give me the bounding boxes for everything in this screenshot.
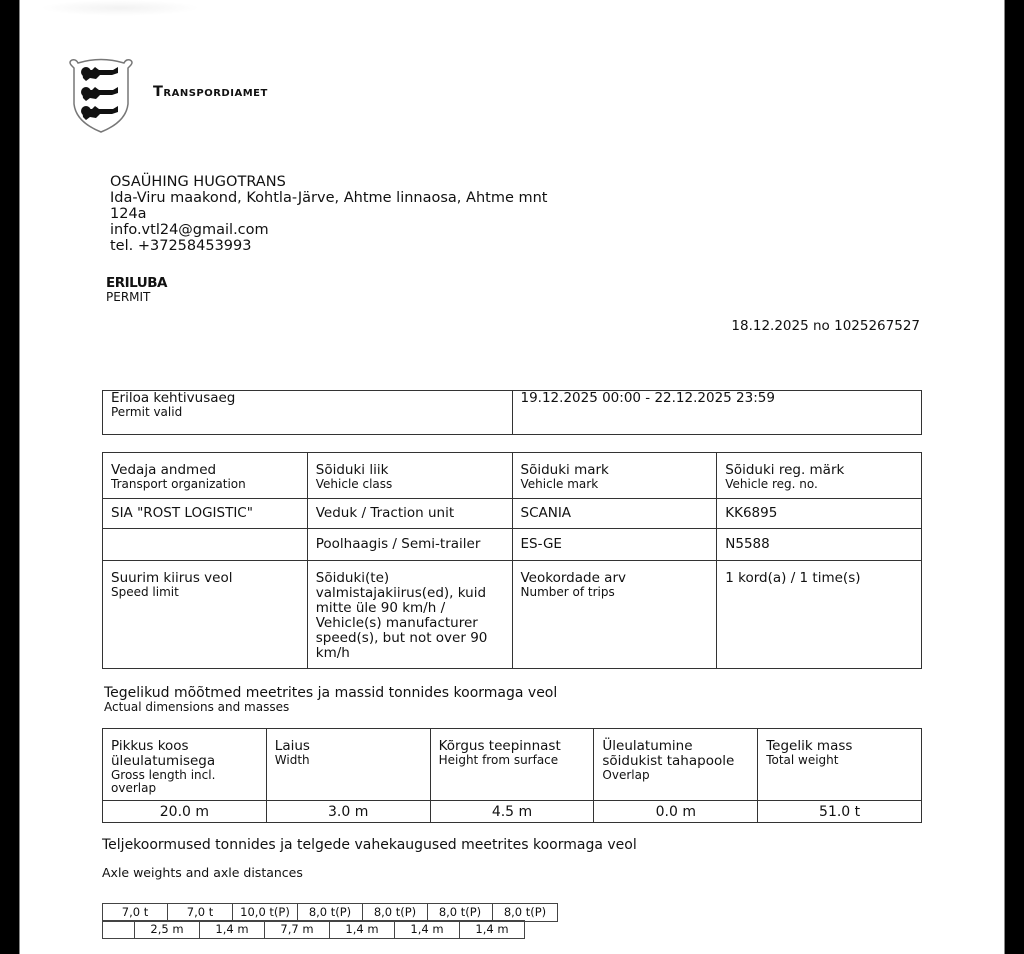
table-row: 20.0 m 3.0 m 4.5 m 0.0 m 51.0 t <box>103 801 922 823</box>
cell-text: SIA "ROST LOGISTIC" <box>111 506 299 521</box>
axle-weight: 10,0 t(P) <box>233 904 298 922</box>
recipient-phone: tel. +37258453993 <box>110 238 547 254</box>
validity-label-et: Eriloa kehtivusaeg <box>111 391 504 406</box>
validity-label-cell: Eriloa kehtivusaeg Permit valid <box>103 391 513 435</box>
address-line-2: 124a <box>110 206 547 222</box>
header-en: Gross length incl. overlap <box>111 769 258 795</box>
cell-carrier <box>103 529 308 561</box>
axle-distance: 1,4 m <box>460 921 525 939</box>
header-et: Laius <box>275 739 422 754</box>
dimension-value: 4.5 m <box>430 801 594 823</box>
axle-distance: 1,4 m <box>395 921 460 939</box>
axle-weights-row: 7,0 t 7,0 t 10,0 t(P) 8,0 t(P) 8,0 t(P) … <box>103 904 558 922</box>
trips-label-et: Veokordade arv <box>521 571 709 586</box>
axle-distances-table: 2,5 m 1,4 m 7,7 m 1,4 m 1,4 m 1,4 m <box>102 920 525 939</box>
axle-title-et: Teljekoormused tonnides ja telgede vahek… <box>102 837 637 853</box>
header-en: Total weight <box>766 754 913 767</box>
validity-label-en: Permit valid <box>111 406 504 419</box>
header-cell: Tegelik massTotal weight <box>758 729 922 801</box>
document-page: Transpordiamet OSAÜHING HUGOTRANS Ida-Vi… <box>19 0 1005 954</box>
axle-distance: 1,4 m <box>330 921 395 939</box>
header-et: Sõiduki liik <box>316 463 504 478</box>
header-en: Width <box>275 754 422 767</box>
header-et: Pikkus koos üleulatumisega <box>111 739 258 769</box>
axle-distance: 7,7 m <box>265 921 330 939</box>
dimension-value: 20.0 m <box>103 801 267 823</box>
address-line-1: Ida-Viru maakond, Kohtla-Järve, Ahtme li… <box>110 190 547 206</box>
table-row: SIA "ROST LOGISTIC" Veduk / Traction uni… <box>103 499 922 529</box>
agency-name: Transpordiamet <box>153 84 268 100</box>
header-cell: Sõiduki markVehicle mark <box>512 453 717 499</box>
header-et: Kõrgus teepinnast <box>439 739 586 754</box>
speed-value-cell: Sõiduki(te) valmistajakiirus(ed), kuid m… <box>307 561 512 669</box>
table-row: Poolhaagis / Semi-trailer ES-GE N5588 <box>103 529 922 561</box>
cell-reg-no: N5588 <box>717 529 922 561</box>
cell-text: KK6895 <box>725 506 913 521</box>
estonian-coat-of-arms-icon <box>66 56 136 134</box>
recipient-name: OSAÜHING HUGOTRANS <box>110 174 547 190</box>
speed-value: Sõiduki(te) valmistajakiirus(ed), kuid m… <box>316 571 504 661</box>
dimensions-title: Tegelikud mõõtmed meetrites ja massid to… <box>104 685 557 714</box>
axle-weight: 8,0 t(P) <box>428 904 493 922</box>
axle-weight: 8,0 t(P) <box>493 904 558 922</box>
axle-weight: 7,0 t <box>168 904 233 922</box>
recipient-address: OSAÜHING HUGOTRANS Ida-Viru maakond, Koh… <box>110 174 547 254</box>
dimension-value: 0.0 m <box>594 801 758 823</box>
header-et: Tegelik mass <box>766 739 913 754</box>
header-et: Üleulatumine sõidukist tahapoole <box>602 739 749 769</box>
cell-text: Poolhaagis / Semi-trailer <box>316 537 504 552</box>
validity-value: 19.12.2025 00:00 - 22.12.2025 23:59 <box>521 391 914 406</box>
axle-distance: 1,4 m <box>200 921 265 939</box>
speed-label-cell: Suurim kiirus veolSpeed limit <box>103 561 308 669</box>
header-et: Sõiduki reg. märk <box>725 463 913 478</box>
header-en: Vehicle mark <box>521 478 709 491</box>
recipient-email: info.vtl24@gmail.com <box>110 222 547 238</box>
dimensions-table: Pikkus koos üleulatumisegaGross length i… <box>102 728 922 823</box>
trips-label-cell: Veokordade arvNumber of trips <box>512 561 717 669</box>
dimension-value: 51.0 t <box>758 801 922 823</box>
cell-reg-no: KK6895 <box>717 499 922 529</box>
speed-label-en: Speed limit <box>111 586 299 599</box>
document-type: ERILUBA PERMIT <box>106 275 167 304</box>
header-cell: Vedaja andmedTransport organization <box>103 453 308 499</box>
header-cell: Üleulatumine sõidukist tahapooleOverlap <box>594 729 758 801</box>
cell-text: SCANIA <box>521 506 709 521</box>
cell-vehicle-class: Poolhaagis / Semi-trailer <box>307 529 512 561</box>
axle-weight: 8,0 t(P) <box>363 904 428 922</box>
axle-weight: 7,0 t <box>103 904 168 922</box>
header-en: Overlap <box>602 769 749 782</box>
vehicle-table: Vedaja andmedTransport organization Sõid… <box>102 452 922 669</box>
header-en: Vehicle reg. no. <box>725 478 913 491</box>
header-en: Height from surface <box>439 754 586 767</box>
header-en: Vehicle class <box>316 478 504 491</box>
axle-distance-spacer <box>103 921 135 939</box>
axle-distance: 2,5 m <box>135 921 200 939</box>
header-cell: Sõiduki liikVehicle class <box>307 453 512 499</box>
header-cell: LaiusWidth <box>266 729 430 801</box>
cell-carrier: SIA "ROST LOGISTIC" <box>103 499 308 529</box>
trips-value-cell: 1 kord(a) / 1 time(s) <box>717 561 922 669</box>
dimension-value: 3.0 m <box>266 801 430 823</box>
trips-value: 1 kord(a) / 1 time(s) <box>725 571 913 586</box>
cell-vehicle-mark: ES-GE <box>512 529 717 561</box>
cell-text: Veduk / Traction unit <box>316 506 504 521</box>
table-header-row: Pikkus koos üleulatumisegaGross length i… <box>103 729 922 801</box>
cell-vehicle-class: Veduk / Traction unit <box>307 499 512 529</box>
document-type-en: PERMIT <box>106 291 167 304</box>
table-header-row: Vedaja andmedTransport organization Sõid… <box>103 453 922 499</box>
header-en: Transport organization <box>111 478 299 491</box>
dimensions-title-et: Tegelikud mõõtmed meetrites ja massid to… <box>104 685 557 701</box>
speed-label-et: Suurim kiirus veol <box>111 571 299 586</box>
cell-text: N5588 <box>725 537 913 552</box>
dimensions-title-en: Actual dimensions and masses <box>104 701 557 714</box>
header-et: Vedaja andmed <box>111 463 299 478</box>
header-et: Sõiduki mark <box>521 463 709 478</box>
document-date-number: 18.12.2025 no 1025267527 <box>731 318 920 334</box>
document-type-et: ERILUBA <box>106 275 167 291</box>
axle-distances-row: 2,5 m 1,4 m 7,7 m 1,4 m 1,4 m 1,4 m <box>103 921 525 939</box>
validity-table: Eriloa kehtivusaeg Permit valid 19.12.20… <box>102 390 922 435</box>
header-cell: Pikkus koos üleulatumisegaGross length i… <box>103 729 267 801</box>
cell-vehicle-mark: SCANIA <box>512 499 717 529</box>
header-cell: Sõiduki reg. märkVehicle reg. no. <box>717 453 922 499</box>
trips-label-en: Number of trips <box>521 586 709 599</box>
scan-shadow <box>40 0 200 16</box>
axle-title-en: Axle weights and axle distances <box>102 865 303 880</box>
validity-value-cell: 19.12.2025 00:00 - 22.12.2025 23:59 <box>512 391 922 435</box>
header-cell: Kõrgus teepinnastHeight from surface <box>430 729 594 801</box>
cell-text: ES-GE <box>521 537 709 552</box>
axle-weight: 8,0 t(P) <box>298 904 363 922</box>
table-row: Suurim kiirus veolSpeed limit Sõiduki(te… <box>103 561 922 669</box>
